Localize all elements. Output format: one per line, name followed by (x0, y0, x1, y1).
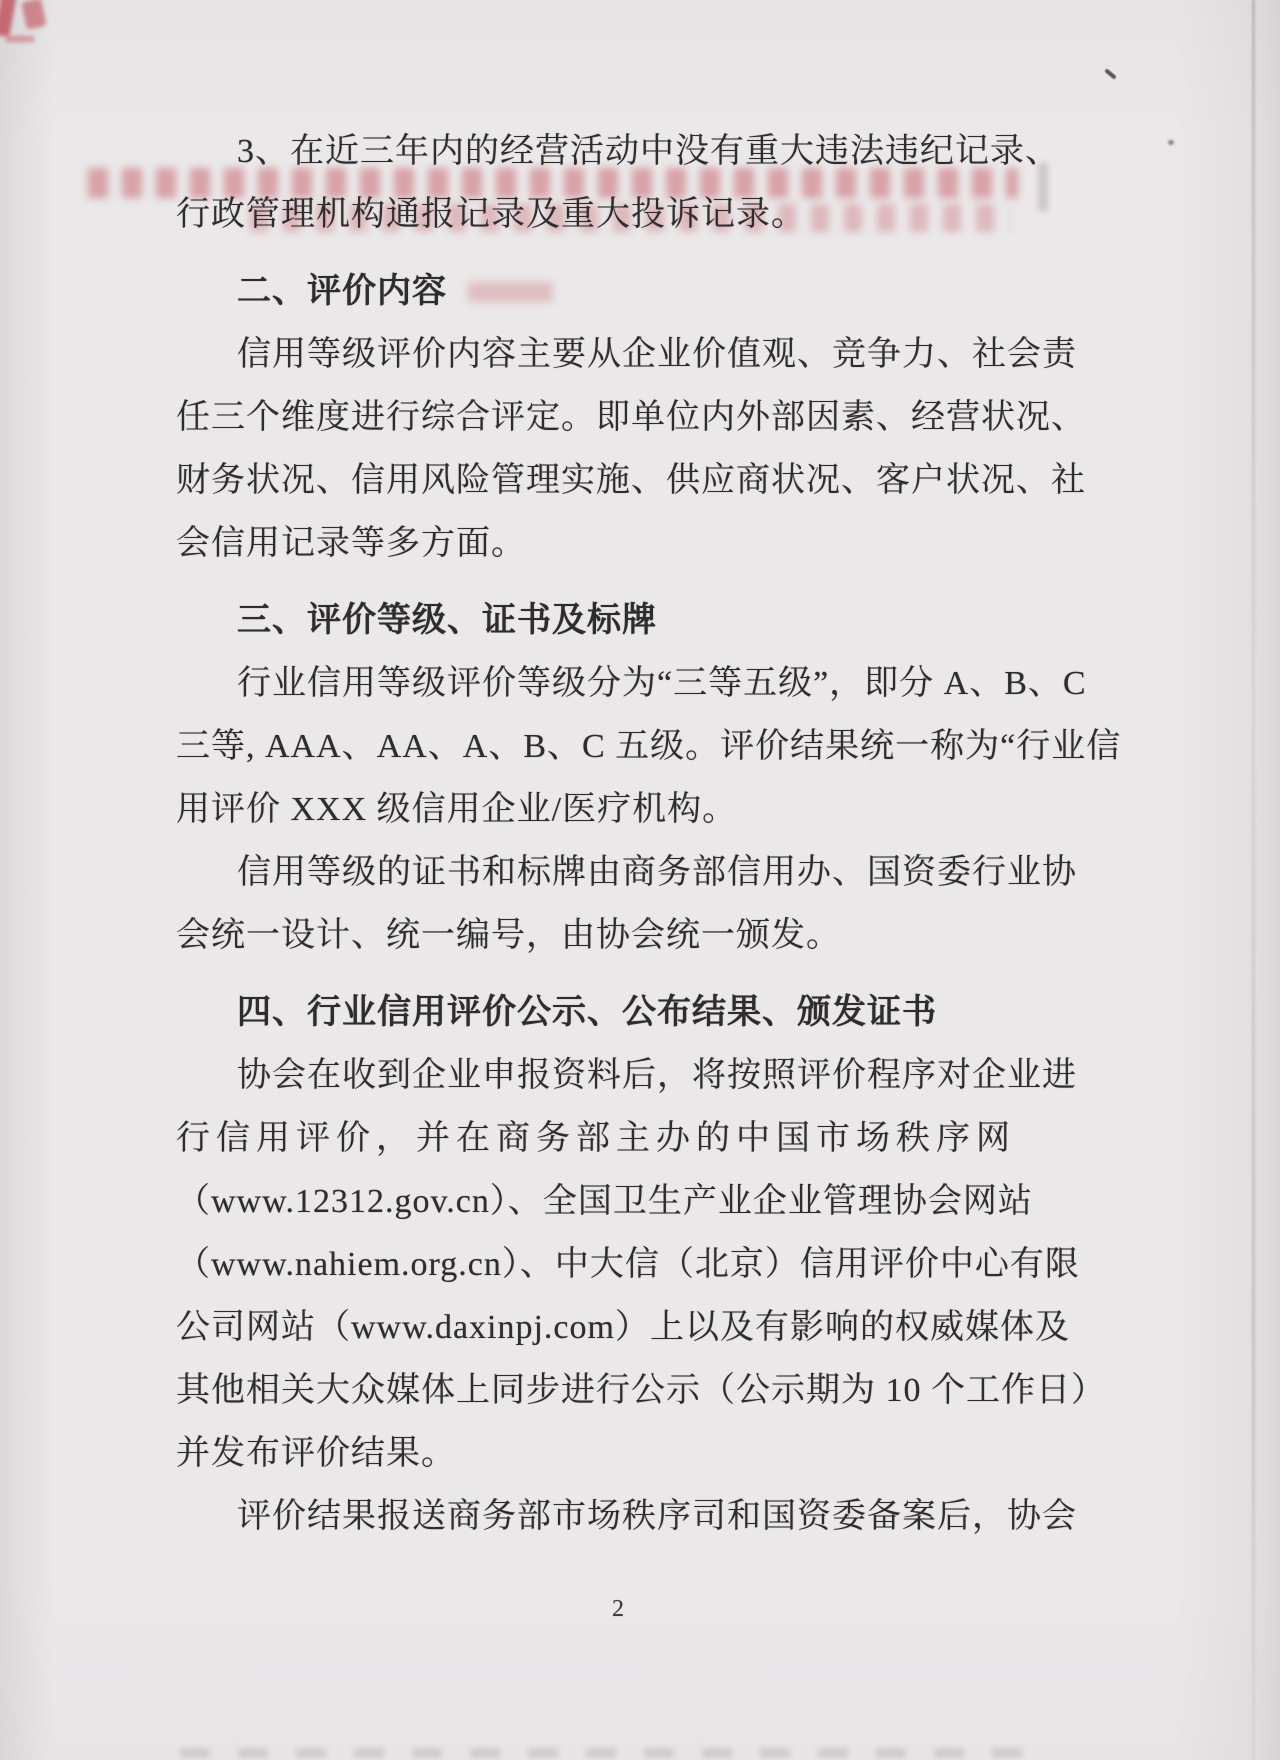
section-heading: 二、评价内容 (176, 260, 1016, 323)
body-line: 信用等级评价内容主要从企业价值观、竞争力、社会责 (176, 323, 1016, 386)
body-line: （www.12312.gov.cn）、全国卫生产业企业管理协会网站 (176, 1170, 1016, 1233)
page-number: 2 (612, 1594, 624, 1624)
body-line: 评价结果报送商务部市场秩序司和国资委备案后，协会 (176, 1485, 1016, 1548)
body-line: （www.nahiem.org.cn）、中大信（北京）信用评价中心有限 (176, 1233, 1016, 1296)
scan-smudge (180, 1748, 1040, 1758)
scanned-document-page: 3、在近三年内的经营活动中没有重大违法违纪记录、 行政管理机构通报记录及重大投诉… (0, 0, 1280, 1760)
body-line: 行政管理机构通报记录及重大投诉记录。 (176, 183, 1016, 246)
body-line: 公司网站（www.daxinpj.com）上以及有影响的权威媒体及 (176, 1296, 1016, 1359)
body-line: 用评价 XXX 级信用企业/医疗机构。 (176, 778, 1016, 841)
body-line: 其他相关大众媒体上同步进行公示（公示期为 10 个工作日） (176, 1359, 1016, 1422)
body-line: 会统一设计、统一编号，由协会统一颁发。 (176, 904, 1016, 967)
red-stamp-fragment (0, 0, 17, 37)
body-line: 财务状况、信用风险管理实施、供应商状况、客户状况、社 (176, 449, 1016, 512)
body-line: 3、在近三年内的经营活动中没有重大违法违纪记录、 (176, 120, 1016, 183)
body-line: 行信用评价，并在商务部主办的中国市场秩序网 (176, 1107, 1016, 1170)
scan-streak-line (1252, 0, 1255, 1760)
section-heading: 四、行业信用评价公示、公布结果、颁发证书 (176, 981, 1016, 1044)
section-heading: 三、评价等级、证书及标牌 (176, 589, 1016, 652)
body-line: 信用等级的证书和标牌由商务部信用办、国资委行业协 (176, 841, 1016, 904)
body-line: 三等, AAA、AA、A、B、C 五级。评价结果统一称为“行业信 (176, 715, 1016, 778)
body-line: 任三个维度进行综合评定。即单位内外部因素、经营状况、 (176, 386, 1016, 449)
body-line: 协会在收到企业申报资料后，将按照评价程序对企业进 (176, 1044, 1016, 1107)
document-body: 3、在近三年内的经营活动中没有重大违法违纪记录、 行政管理机构通报记录及重大投诉… (176, 120, 1016, 1548)
scan-speck (1168, 140, 1174, 145)
red-stamp-fragment (6, 36, 34, 42)
body-line: 行业信用等级评价等级分为“三等五级”，即分 A、B、C (176, 652, 1016, 715)
body-line: 会信用记录等多方面。 (176, 512, 1016, 575)
red-stamp-fragment (21, 0, 46, 30)
scan-speck (1104, 68, 1117, 79)
body-line: 并发布评价结果。 (176, 1422, 1016, 1485)
